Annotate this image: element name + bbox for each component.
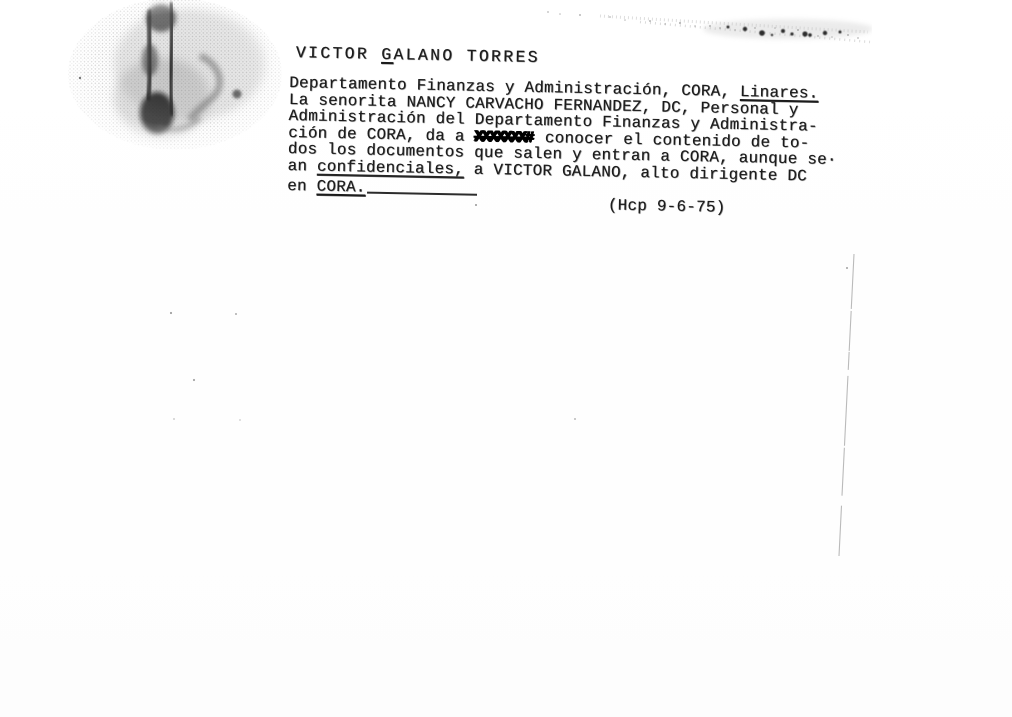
line7-underlined-word: CORA. bbox=[316, 177, 365, 196]
line7-text-pre: en bbox=[287, 177, 317, 196]
title-text-pre: VICTOR bbox=[296, 43, 382, 64]
top-edge-smudge bbox=[540, 4, 872, 52]
typewritten-text-block: VICTOR GALANO TORRES Departamento Finanz… bbox=[287, 44, 890, 220]
vertical-crease-line bbox=[839, 254, 854, 556]
document-body: Departamento Finanzas y Administración, … bbox=[287, 75, 890, 220]
line6-text-pre: an bbox=[287, 157, 317, 176]
scanned-document-page: VICTOR GALANO TORRES Departamento Finanz… bbox=[0, 0, 1012, 717]
halftone-photo-stain-image bbox=[62, 0, 294, 162]
underline-tail-dash bbox=[367, 178, 477, 195]
title-underlined-letter: G bbox=[381, 45, 394, 64]
title-text-post: ALANO TORRES bbox=[393, 45, 540, 67]
